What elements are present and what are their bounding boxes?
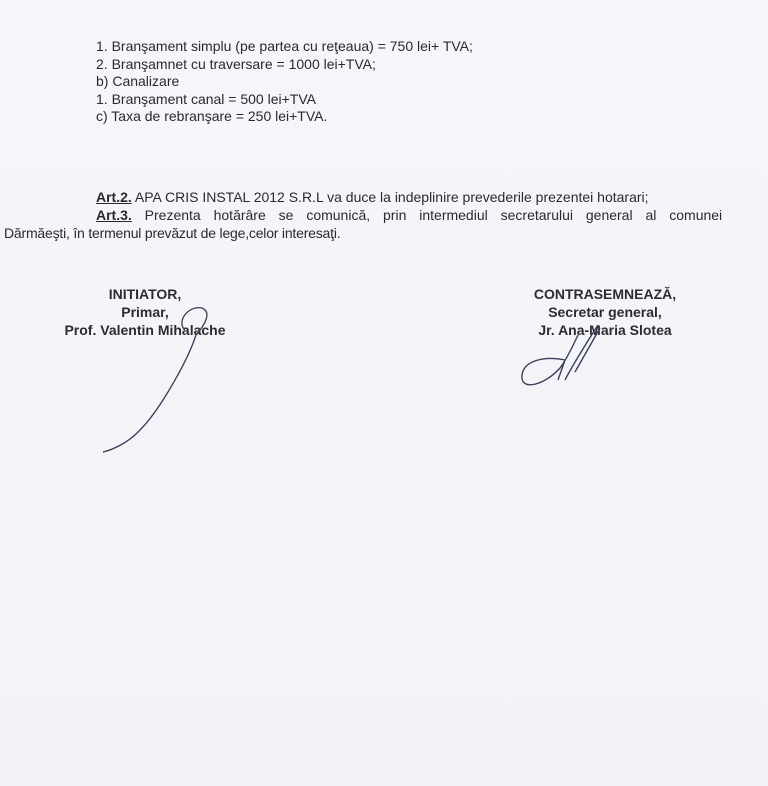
tariff-line: c) Taxa de rebranşare = 250 lei+TVA. <box>96 108 473 126</box>
article-3-label: Art.3. <box>96 207 132 223</box>
article-2-label: Art.2. <box>96 189 132 205</box>
countersign-title: CONTRASEMNEAZĂ, <box>485 285 725 303</box>
countersign-role: Secretar general, <box>485 303 725 321</box>
tariff-line: 1. Branşament simplu (pe partea cu reţea… <box>96 38 473 56</box>
article-3-continuation: Dărmăeşti, în termenul prevăzut de lege,… <box>4 225 340 241</box>
article-3: Art.3. Prezenta hotărâre se comunică, pr… <box>96 207 768 223</box>
article-3-text: Prezenta hotărâre se comunică, prin inte… <box>132 207 722 223</box>
article-2: Art.2. APA CRIS INSTAL 2012 S.R.L va duc… <box>96 189 649 205</box>
countersign-signature-block: CONTRASEMNEAZĂ, Secretar general, Jr. An… <box>485 285 725 339</box>
initiator-signature-block: INITIATOR, Primar, Prof. Valentin Mihala… <box>30 285 260 339</box>
countersign-name: Jr. Ana-Maria Slotea <box>485 321 725 339</box>
initiator-title: INITIATOR, <box>30 285 260 303</box>
initiator-role: Primar, <box>30 303 260 321</box>
tariff-line: 1. Branşament canal = 500 lei+TVA <box>96 91 473 109</box>
document-page: 1. Branşament simplu (pe partea cu reţea… <box>0 0 768 786</box>
article-2-text: APA CRIS INSTAL 2012 S.R.L va duce la in… <box>132 189 649 205</box>
tariff-line: b) Canalizare <box>96 73 473 91</box>
tariff-line: 2. Branşamnet cu traversare = 1000 lei+T… <box>96 56 473 74</box>
initiator-name: Prof. Valentin Mihalache <box>30 321 260 339</box>
tariff-list: 1. Branşament simplu (pe partea cu reţea… <box>96 38 473 126</box>
